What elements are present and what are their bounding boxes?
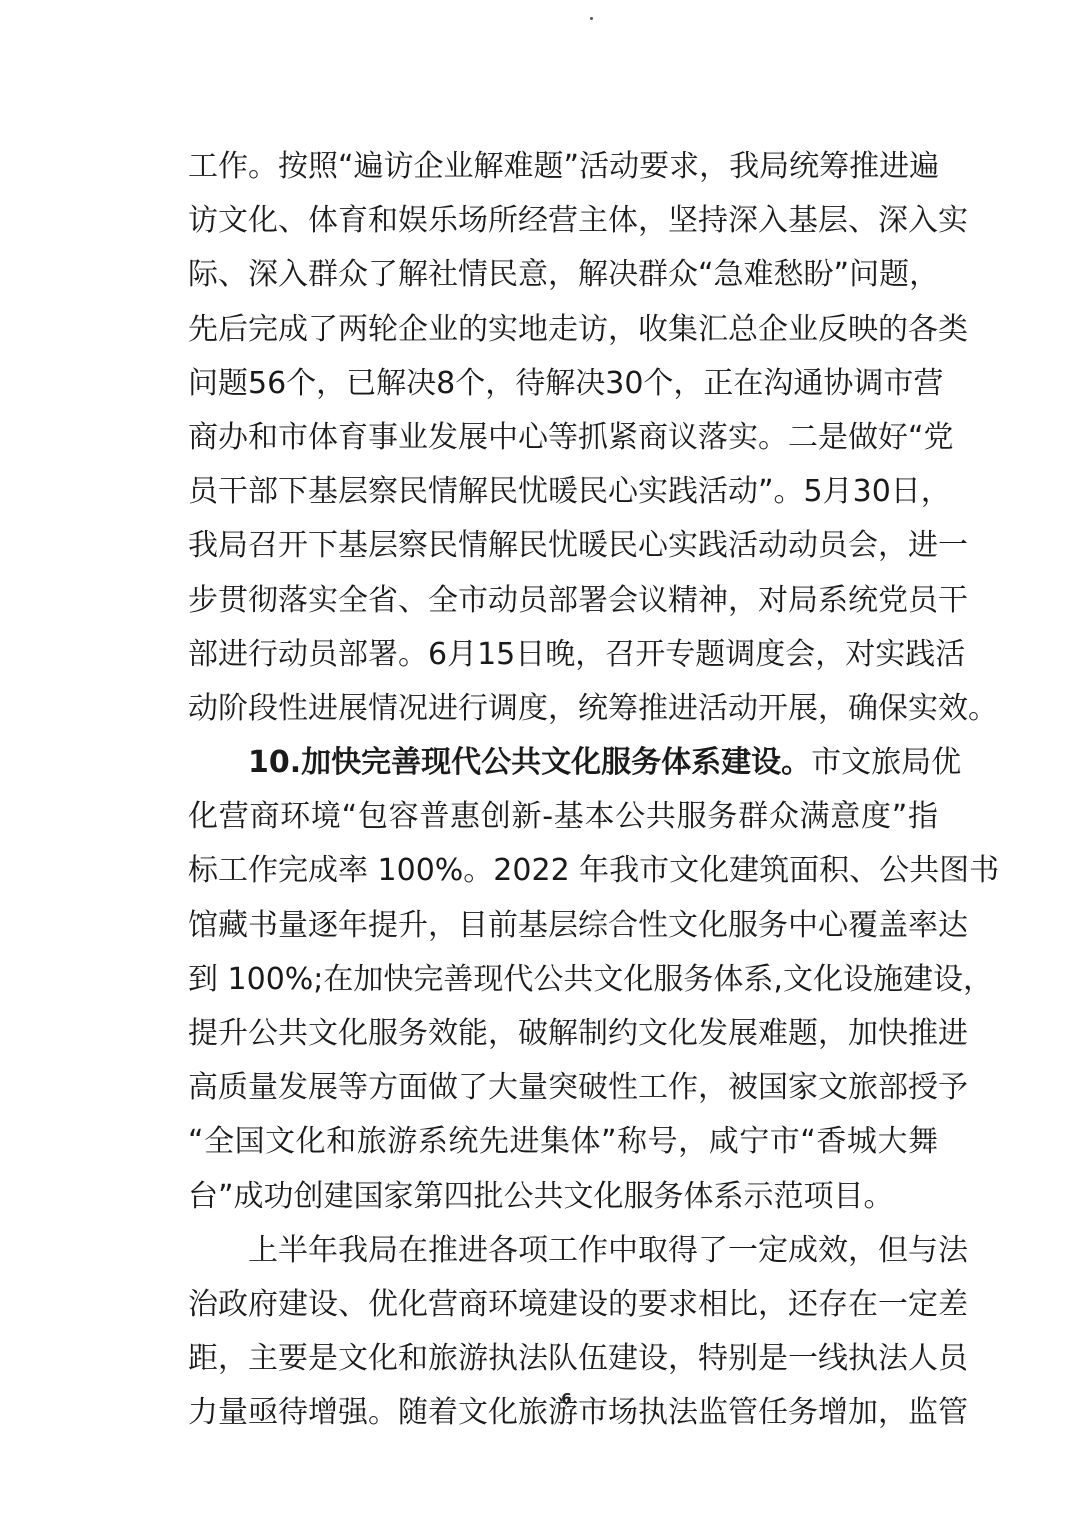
text-line: 距，主要是文化和旅游执法队伍建设，特别是一线执法人员 — [188, 1332, 938, 1386]
text-line: 员干部下基层察民情解民忧暖民心实践活动”。5月30日， — [188, 465, 938, 519]
text-line: “全国文化和旅游系统先进集体”称号，咸宁市“香城大舞 — [188, 1115, 938, 1169]
text-line: 动阶段性进展情况进行调度，统筹推进活动开展，确保实效。 — [188, 682, 938, 736]
text-line: 到 100%;在加快完善现代公共文化服务体系,文化设施建设， — [188, 953, 938, 1007]
text-line: 标工作完成率 100%。2022 年我市文化建筑面积、公共图书 — [188, 844, 938, 898]
section-heading-line: 10.加快完善现代公共文化服务体系建设。市文旅局优 — [188, 736, 938, 790]
text-line: 工作。按照“遍访企业解难题”活动要求，我局统筹推进遍 — [188, 140, 938, 194]
text-line: 台”成功创建国家第四批公共文化服务体系示范项目。 — [188, 1170, 938, 1224]
text-line: 馆藏书量逐年提升，目前基层综合性文化服务中心覆盖率达 — [188, 899, 938, 953]
text-line: 治政府建设、优化营商环境建设的要求相比，还存在一定差 — [188, 1278, 938, 1332]
paragraph-section-10: 10.加快完善现代公共文化服务体系建设。市文旅局优 化营商环境“包容普惠创新-基… — [188, 736, 938, 1224]
document-body: 工作。按照“遍访企业解难题”活动要求，我局统筹推进遍 访文化、体育和娱乐场所经营… — [188, 140, 938, 1441]
text-line: 我局召开下基层察民情解民忧暖民心实践活动动员会，进一 — [188, 519, 938, 573]
scan-artifact — [590, 17, 593, 20]
paragraph-continued: 工作。按照“遍访企业解难题”活动要求，我局统筹推进遍 访文化、体育和娱乐场所经营… — [188, 140, 938, 736]
section-heading-tail: 市文旅局优 — [811, 745, 961, 780]
text-line: 上半年我局在推进各项工作中取得了一定成效，但与法 — [188, 1224, 938, 1278]
text-line: 高质量发展等方面做了大量突破性工作，被国家文旅部授予 — [188, 1061, 938, 1115]
text-line: 提升公共文化服务效能，破解制约文化发展难题，加快推进 — [188, 1007, 938, 1061]
section-heading: 10.加快完善现代公共文化服务体系建设。 — [248, 745, 811, 780]
text-line: 先后完成了两轮企业的实地走访，收集汇总企业反映的各类 — [188, 303, 938, 357]
text-line: 问题56个，已解决8个，待解决30个，正在沟通协调市营 — [188, 357, 938, 411]
text-line: 访文化、体育和娱乐场所经营主体，坚持深入基层、深入实 — [188, 194, 938, 248]
text-line: 际、深入群众了解社情民意，解决群众“急难愁盼”问题， — [188, 248, 938, 302]
text-line: 步贯彻落实全省、全市动员部署会议精神，对局系统党员干 — [188, 574, 938, 628]
page-number: 6 — [0, 1390, 1077, 1408]
text-line: 部进行动员部署。6月15日晚，召开专题调度会，对实践活 — [188, 628, 938, 682]
text-line: 化营商环境“包容普惠创新-基本公共服务群众满意度”指 — [188, 790, 938, 844]
text-line: 商办和市体育事业发展中心等抓紧商议落实。二是做好“党 — [188, 411, 938, 465]
document-page: 工作。按照“遍访企业解难题”活动要求，我局统筹推进遍 访文化、体育和娱乐场所经营… — [0, 0, 1077, 1515]
